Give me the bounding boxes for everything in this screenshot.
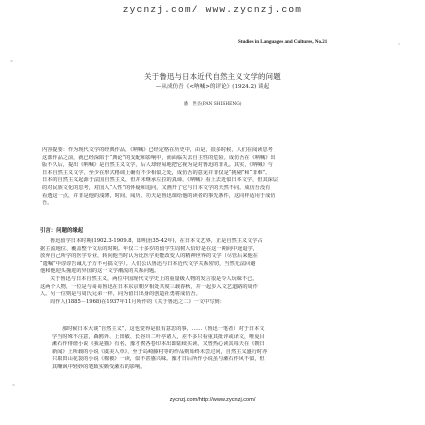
article-title: 关于鲁迅与日本近代自然主义文学的问题: [0, 71, 425, 82]
abstract-line: 吾。: [42, 200, 387, 208]
body-line: 人。另一位则是与周氏兄弟一样，同为留日出身的创造社勇将成仿吾。: [40, 291, 385, 299]
quote-line: 学当时殊不注意，森鸥外、上田敏、长谷川二叶亭诸人，差不多只看重其批评或译文，唯夏…: [52, 334, 387, 342]
abstract-line: 版不久后，提出《呐喊》是自然主义文学，后人却轻易地把它视为是对鲁迅的非礼。其实，…: [42, 162, 387, 170]
watermark-top: zycnzj.com/ www.zycnzj.com: [0, 4, 425, 15]
body-line: 周作人(1885－1968)在1937年11月所作的《关于鲁迅之二》一文中写到：: [40, 299, 385, 307]
quote-line: 那时候日本大谈“自然主义”，这也觉得是很有意思的事，……（鲁迅一笔者）对于日本文: [52, 326, 387, 334]
abstract-line: 的对民族文化的思考，对国人“人性”的怀疑和追问，又画开了它与日本文学的天然不同。…: [42, 185, 387, 193]
quote-line: 其嘲讽中轻妙的笔致实颇受漱石的影响。: [52, 364, 387, 372]
watermark-bottom: zycnzj.com/http://www.zycnzj.com/: [0, 397, 425, 403]
body-line: “遗嘱”中谆谆告诫儿子万不可搞文学）。人们公认鲁迅与日本近代文学关系密切，当然无…: [40, 261, 385, 269]
article-subtitle: —从成仿吾《<呐喊>的评论》(1924.2) 谈起: [0, 82, 425, 90]
quote-line: 漱石作俳谐小说《我是猫》有名，豫才俟各卷印本出即陆续买读，又曾热心读其每天在《朝…: [52, 341, 387, 349]
body-line: 据主流地位、覆盖整个文坛的时期。年仅二十多岁的留学生周树人恰好是在这一期间中途退…: [40, 246, 385, 254]
author-name: 潘 世圣(PAN SHISHENG): [0, 101, 425, 107]
intro-body: 鲁迅留学日本时期(1902.3-1909.8，即明治35-42年)，在日本文艺界…: [40, 238, 385, 310]
quote-line: 只取田山花袋的小说《棉被》一读，似不甚感兴味。豫才日后所作小说虽与漱石作风不似，…: [52, 356, 387, 364]
body-line: 这两个人物，一位是与哥哥鲁迅在日本东京朝夕相处共度三载春秋，并一起步入文艺道路的…: [40, 284, 385, 292]
body-line: 关于鲁迅与日本自然主义，两位中国现代文学史上的重量级人物的发言很是令人玩味不已。: [40, 276, 385, 284]
body-line: 他和他迎头撞进的异国的这一文学潮流的关系问题。: [40, 268, 385, 276]
abstract-line: 看透这一点，并非是他的浅薄，时间、阅历、功夫是鲁迅课给他的读者的事先条件，这同样…: [42, 193, 387, 201]
abstract-line: 日本自然主义文学，至少在形式格调上确有不少相似之处，成仿吾的意见并非仅是“挑剔”…: [42, 170, 387, 178]
journal-name: Studies in Languages and Cultures, No.21: [238, 40, 327, 45]
scan-speck: [12, 384, 15, 386]
scan-speck: [398, 43, 400, 45]
abstract-line: 这部作品之前，就已经深陷于“典论”的支配和影响中，而面临失去自主性的危险。成仿吾…: [42, 155, 387, 163]
body-line: 鲁迅留学日本时期(1902.3-1909.8，即明治35-42年)，在日本文艺界…: [40, 238, 385, 246]
abstract-line: 日本的自然主义起源于法国自然主义，但并未继承左拉的真谛，《呐喊》看上去近似日本文…: [42, 177, 387, 185]
body-line: 放弃自己所学的医学专业，转向他当时认为比医学更能改变人的精神世界的文学（尽管后来…: [40, 253, 385, 261]
scan-speck: [10, 60, 13, 62]
section-heading: 引言：问题的缘起: [40, 226, 83, 234]
block-quote: 那时候日本大谈“自然主义”，这也觉得是很有意思的事，……（鲁迅一笔者）对于日本文…: [52, 326, 387, 376]
quote-line: 新闻》上所载的小说《虞美人草》，至于岛崎藤村等的作品则始终未尝过问，自然主义盛行…: [52, 349, 387, 357]
abstract: 内容提要：作为现代文学的经典作品，《呐喊》已经定格在历史中，由是，很多时候，人们…: [42, 147, 387, 211]
abstract-line: 内容提要：作为现代文学的经典作品，《呐喊》已经定格在历史中，由是，很多时候，人们…: [42, 147, 387, 155]
